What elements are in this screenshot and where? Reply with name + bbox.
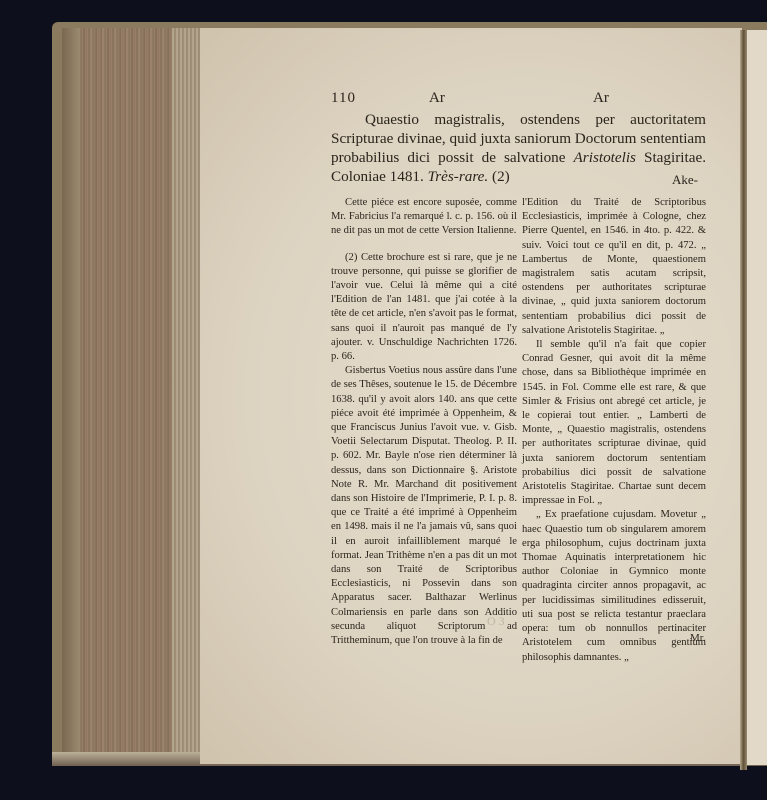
next-page-edge: [747, 30, 767, 765]
rarity-note: Très-rare.: [428, 168, 489, 185]
left-column: Cette piéce est encore suposée, comme Mr…: [331, 196, 517, 648]
running-head-left: Ar: [429, 90, 445, 107]
right-para-3: „ Ex praefatione cujusdam. Movetur „ hae…: [522, 508, 706, 664]
footnote-ref: (2): [488, 168, 510, 185]
left-para-3: Gisbertus Voetius nous assûre dans l'une…: [331, 364, 517, 648]
running-head-right: Ar: [593, 90, 609, 107]
signature-bleedthrough: O 3: [487, 614, 505, 629]
title-italic-name: Aristotelis: [574, 149, 636, 166]
page-gutter: [740, 30, 747, 770]
right-para-2: Il semble qu'il n'a fait que copier Conr…: [522, 338, 706, 508]
right-column: l'Edition du Traité de Scriptoribus Eccl…: [522, 196, 706, 665]
running-header: 110 Ar Ar: [331, 90, 701, 108]
catchword-top: Ake-: [672, 172, 698, 188]
catchword-bottom: Mr.: [690, 632, 706, 644]
right-para-1: l'Edition du Traité de Scriptoribus Eccl…: [522, 196, 706, 338]
page-number: 110: [331, 90, 356, 107]
left-para-1: Cette piéce est encore suposée, comme Mr…: [331, 196, 517, 239]
page-block-edges: [62, 28, 202, 753]
title-entry: Quaestio magistralis, ostendens per auct…: [331, 110, 706, 186]
left-para-2: (2) Cette brochure est si rare, que je n…: [331, 251, 517, 365]
